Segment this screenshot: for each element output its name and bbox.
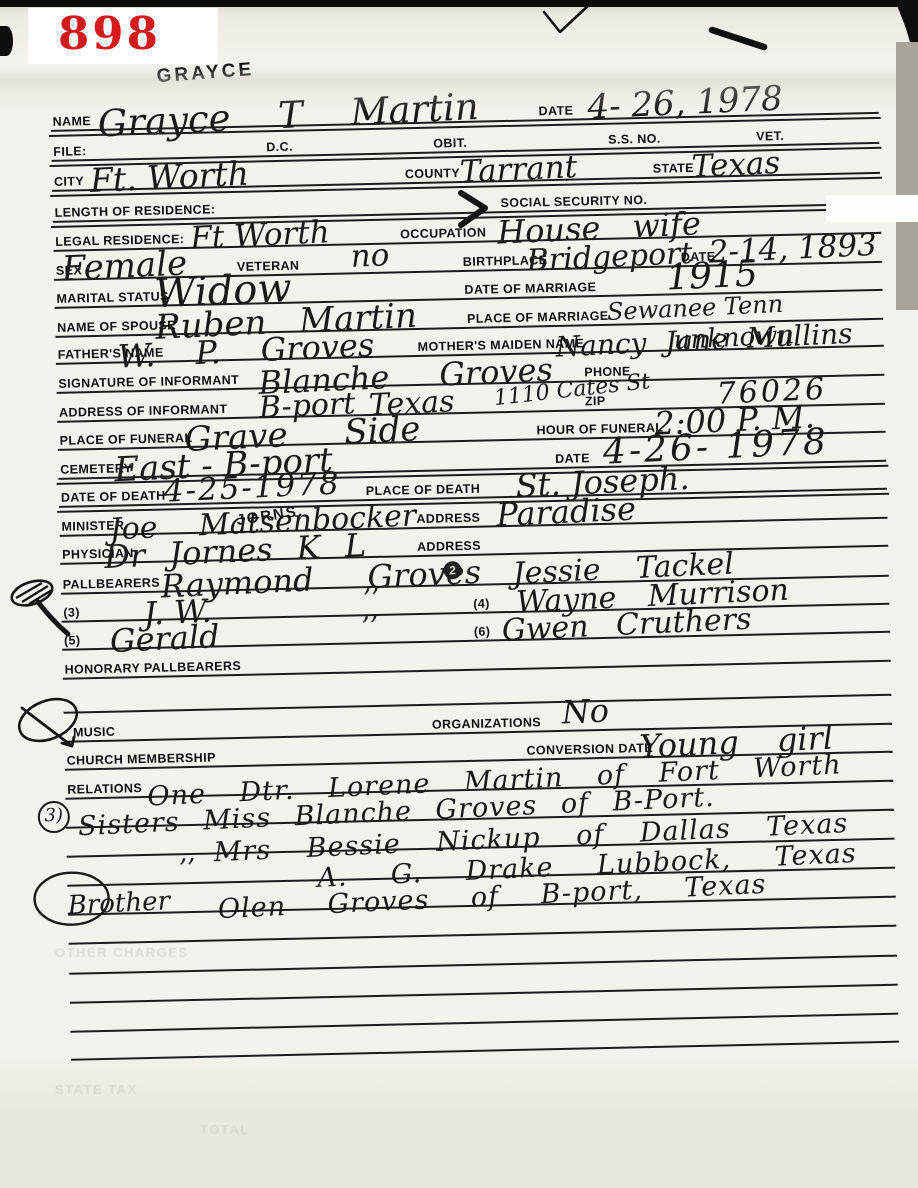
zip-label: ZIP — [585, 394, 606, 407]
pen-dash-mark — [708, 24, 770, 52]
pallbearer-3-ditto: ’’ — [363, 586, 381, 613]
index-number: 898 — [58, 11, 161, 56]
file-label: FILE: — [53, 145, 87, 158]
county-label: COUNTY — [405, 167, 460, 181]
relations-line4-ditto: ’’ — [178, 856, 196, 883]
page-edge-shadow — [896, 42, 918, 310]
state-label: STATE — [653, 161, 694, 174]
pallbearer-6-label: (6) — [474, 625, 491, 638]
occupation-label: OCCUPATION — [400, 226, 486, 240]
whiteout-correction-bar — [826, 195, 918, 222]
scanner-top-edge — [0, 0, 918, 7]
form-sheet: NAME GRAYCE Grayce T Martin DATE 4- 26, … — [0, 0, 918, 1188]
city-label: CITY — [54, 175, 84, 188]
vet-label: VET. — [756, 129, 784, 142]
relations-label: RELATIONS — [67, 782, 142, 796]
veteran-handwritten: no — [350, 240, 390, 273]
index-number-patch: 898 — [28, 8, 218, 64]
physician-address-label: ADDRESS — [417, 539, 481, 553]
name-label: NAME — [53, 115, 92, 128]
dc-label: D.C. — [266, 140, 293, 153]
pallbearer-4-label: (4) — [473, 597, 490, 610]
scanner-edge-blob — [0, 26, 13, 56]
honorary-pallbearers-label: HONORARY PALLBEARERS — [64, 659, 241, 675]
pen-oval-mark — [10, 694, 96, 756]
pen-arrow-mark — [458, 190, 492, 228]
place-of-death-label: PLACE OF DEATH — [366, 482, 481, 497]
ssno-label: S.S. NO. — [608, 132, 661, 146]
marital-status-label: MARITAL STATUS — [56, 290, 169, 305]
pen-checkmark-icon — [538, 2, 598, 38]
date-filed-label: DATE — [538, 104, 573, 117]
obit-label: OBIT. — [433, 136, 467, 149]
pen-scribble-mark — [2, 576, 76, 644]
organizations-handwritten: No — [561, 694, 610, 728]
scanned-funeral-record-card: NAME GRAYCE Grayce T Martin DATE 4- 26, … — [0, 0, 918, 1188]
date-of-death-label: DATE OF DEATH — [61, 489, 166, 504]
pallbearer-5-ditto: ’’ — [361, 614, 379, 641]
